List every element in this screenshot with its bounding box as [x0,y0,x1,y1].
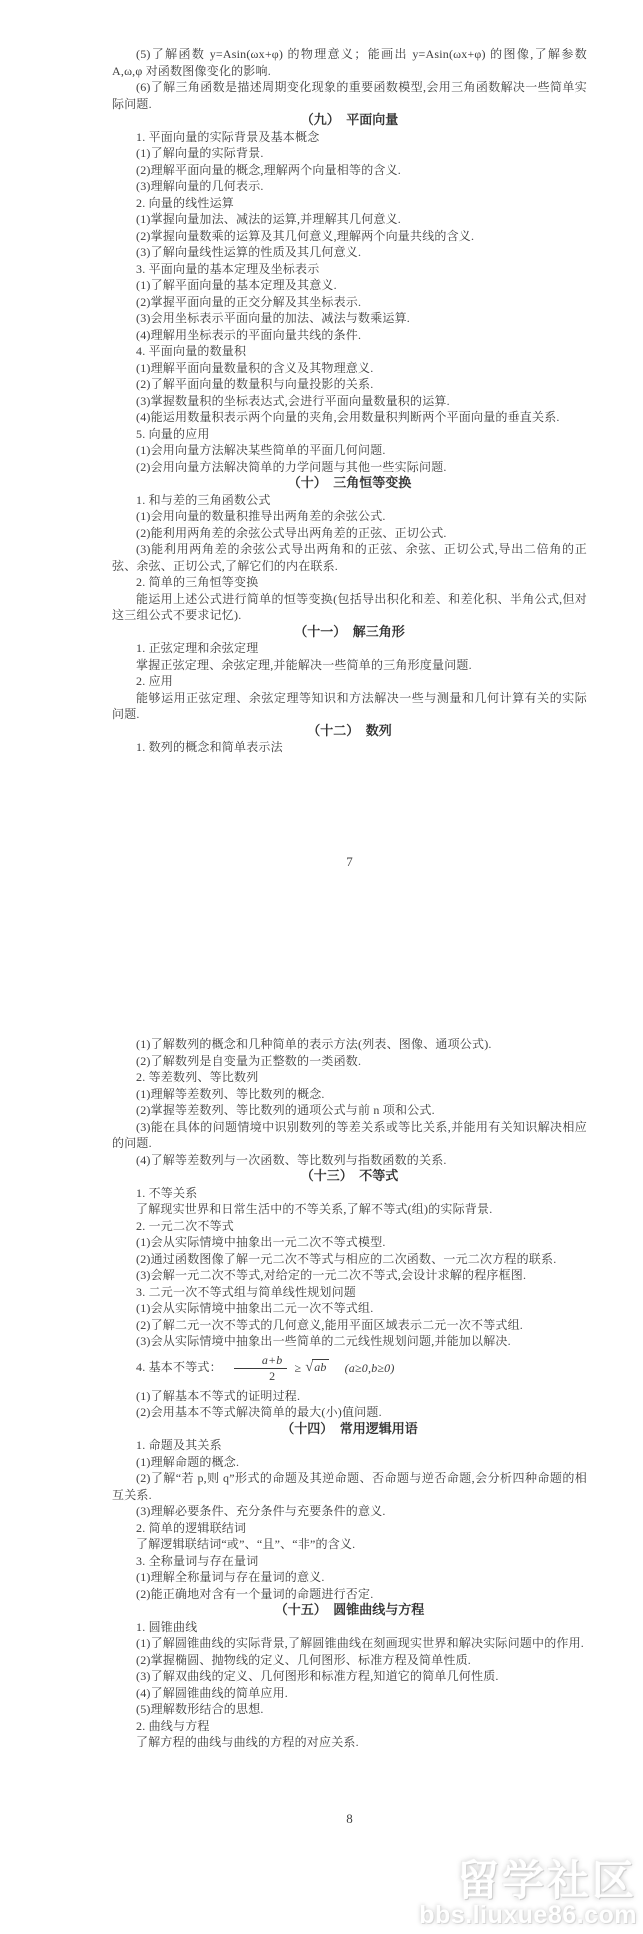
fraction-denominator: 2 [234,1368,287,1383]
paragraph: (4)了解等差数列与一次函数、等比数列与指数函数的关系. [112,1152,587,1169]
document-page-7: (5)了解函数 y=Asin(ωx+φ) 的物理意义；能画出 y=Asin(ωx… [0,0,643,870]
paragraph: (3)理解必要条件、充分条件与充要条件的意义. [112,1503,587,1520]
radicand: ab [312,1359,328,1374]
paragraph: 2. 曲线与方程 [112,1718,587,1735]
paragraph: (2)了解二元一次不等式的几何意义,能用平面区域表示二元一次不等式组. [112,1317,587,1334]
formula-condition: (a≥0,b≥0) [345,1361,395,1375]
paragraph: (1)会从实际情境中抽象出一元二次不等式模型. [112,1234,587,1251]
paragraph: (6)了解三角函数是描述周期变化现象的重要函数模型,会用三角函数解决一些简单实际… [112,79,587,112]
paragraph: 了解现实世界和日常生活中的不等关系,了解不等式(组)的实际背景. [112,1201,587,1218]
paragraph: (1)理解命题的概念. [112,1454,587,1471]
paragraph: (3)理解向量的几何表示. [112,178,587,195]
paragraph: (2)掌握椭圆、抛物线的定义、几何图形、标准方程及简单性质. [112,1652,587,1669]
basic-inequality-formula: 4. 基本不等式：a+b2≥√ab(a≥0,b≥0) [112,1350,587,1388]
page-number: 7 [112,854,587,871]
formula-prefix: 4. 基本不等式： [136,1360,222,1374]
paragraph: (2)掌握等差数列、等比数列的通项公式与前 n 项和公式. [112,1102,587,1119]
paragraph: (2)理解平面向量的概念,理解两个向量相等的含义. [112,162,587,179]
paragraph: 2. 简单的逻辑联结词 [112,1520,587,1537]
page-number: 8 [112,1811,587,1828]
paragraph: (2)通过函数图像了解一元二次不等式与相应的二次函数、一元二次方程的联系. [112,1251,587,1268]
paragraph: 能够运用正弦定理、余弦定理等知识和方法解决一些与测量和几何计算有关的实际问题. [112,690,587,723]
paragraph: (1)会用向量方法解决某些简单的平面几何问题. [112,442,587,459]
paragraph: (3)掌握数量积的坐标表达式,会进行平面向量数量积的运算. [112,393,587,410]
paragraph: (5)理解数形结合的思想. [112,1701,587,1718]
paragraph: (3)会从实际情境中抽象出一些简单的二元线性规划问题,并能加以解决. [112,1333,587,1350]
paragraph: (2)掌握平面向量的正交分解及其坐标表示. [112,294,587,311]
section-heading: （九） 平面向量 [112,112,587,129]
document-page-8: (1)了解数列的概念和几种简单的表示方法(列表、图像、通项公式).(2)了解数列… [0,1036,643,1827]
paragraph: (2)能正确地对含有一个量词的命题进行否定. [112,1586,587,1603]
paragraph: (4)了解圆锥曲线的简单应用. [112,1685,587,1702]
paragraph: 1. 数列的概念和简单表示法 [112,739,587,756]
paragraph: (1)了解基本不等式的证明过程. [112,1388,587,1405]
paragraph: 5. 向量的应用 [112,426,587,443]
paragraph: 2. 向量的线性运算 [112,195,587,212]
fraction-numerator: a+b [234,1354,287,1368]
paragraph: (3)了解双曲线的定义、几何图形和标准方程,知道它的简单几何性质. [112,1668,587,1685]
section-heading: （十四） 常用逻辑用语 [112,1421,587,1438]
paragraph: (1)理解等差数列、等比数列的概念. [112,1086,587,1103]
paragraph: 3. 二元一次不等式组与简单线性规划问题 [112,1284,587,1301]
fraction: a+b2 [234,1354,287,1383]
paragraph: 1. 命题及其关系 [112,1437,587,1454]
section-heading: （十三） 不等式 [112,1168,587,1185]
paragraph: (2)了解“若 p,则 q”形式的命题及其逆命题、否命题与逆否命题,会分析四种命… [112,1470,587,1503]
paragraph: 2. 应用 [112,673,587,690]
paragraph: (3)会用坐标表示平面向量的加法、减法与数乘运算. [112,310,587,327]
paragraph: 1. 平面向量的实际背景及基本概念 [112,129,587,146]
watermark: 留学社区 bbs.liuxue86.com [419,1860,637,1928]
paragraph: 2. 简单的三角恒等变换 [112,574,587,591]
paragraph: 1. 正弦定理和余弦定理 [112,640,587,657]
paragraph: 3. 全称量词与存在量词 [112,1553,587,1570]
paragraph: (1)会从实际情境中抽象出二元一次不等式组. [112,1300,587,1317]
paragraph: (4)理解用坐标表示的平面向量共线的条件. [112,327,587,344]
watermark-site-name: 留学社区 [419,1860,637,1902]
paragraph: (1)了解平面向量的基本定理及其意义. [112,277,587,294]
paragraph: 2. 等差数列、等比数列 [112,1069,587,1086]
paragraph: 1. 和与差的三角函数公式 [112,492,587,509]
paragraph: (5)了解函数 y=Asin(ωx+φ) 的物理意义；能画出 y=Asin(ωx… [112,46,587,79]
paragraph: (1)理解平面向量数量积的含义及其物理意义. [112,360,587,377]
paragraph: (2)会用基本不等式解决简单的最大(小)值问题. [112,1404,587,1421]
paragraph: (2)了解数列是自变量为正整数的一类函数. [112,1053,587,1070]
paragraph: (1)了解数列的概念和几种简单的表示方法(列表、图像、通项公式). [112,1036,587,1053]
sqrt-expression: √ab [305,1360,328,1374]
paragraph: (1)了解向量的实际背景. [112,145,587,162]
paragraph: (2)掌握向量数乘的运算及其几何意义,理解两个向量共线的含义. [112,228,587,245]
paragraph: (2)了解平面向量的数量积与向量投影的关系. [112,376,587,393]
paragraph: 掌握正弦定理、余弦定理,并能解决一些简单的三角形度量问题. [112,657,587,674]
paragraph: 1. 不等关系 [112,1185,587,1202]
paragraph: (1)了解圆锥曲线的实际背景,了解圆锥曲线在刻画现实世界和解决实际问题中的作用. [112,1635,587,1652]
paragraph: (2)会用向量方法解决简单的力学问题与其他一些实际问题. [112,459,587,476]
section-heading: （十二） 数列 [112,723,587,740]
paragraph: (4)能运用数量积表示两个向量的夹角,会用数量积判断两个平面向量的垂直关系. [112,409,587,426]
document-scan: (5)了解函数 y=Asin(ωx+φ) 的物理意义；能画出 y=Asin(ωx… [0,0,643,1827]
paragraph: (3)能在具体的问题情境中识别数列的等差关系或等比关系,并能用有关知识解决相应的… [112,1119,587,1152]
paragraph: 2. 一元二次不等式 [112,1218,587,1235]
paragraph: (1)掌握向量加法、减法的运算,并理解其几何意义. [112,211,587,228]
geq-symbol: ≥ [295,1361,302,1375]
section-heading: （十一） 解三角形 [112,624,587,641]
paragraph: 了解逻辑联结词“或”、“且”、“非”的含义. [112,1536,587,1553]
paragraph: (2)能利用两角差的余弦公式导出两角差的正弦、正切公式. [112,525,587,542]
section-heading: （十五） 圆锥曲线与方程 [112,1602,587,1619]
section-heading: （十） 三角恒等变换 [112,475,587,492]
paragraph: 能运用上述公式进行简单的恒等变换(包括导出积化和差、和差化积、半角公式,但对这三… [112,591,587,624]
paragraph: 1. 圆锥曲线 [112,1619,587,1636]
paragraph: (3)会解一元二次不等式,对给定的一元二次不等式,会设计求解的程序框图. [112,1267,587,1284]
paragraph: 4. 平面向量的数量积 [112,343,587,360]
paragraph: (3)能利用两角差的余弦公式导出两角和的正弦、余弦、正切公式,导出二倍角的正弦、… [112,541,587,574]
watermark-site-url: bbs.liuxue86.com [419,1903,637,1928]
paragraph: 了解方程的曲线与曲线的方程的对应关系. [112,1734,587,1751]
paragraph: (1)理解全称量词与存在量词的意义. [112,1569,587,1586]
paragraph: 3. 平面向量的基本定理及坐标表示 [112,261,587,278]
paragraph: (3)了解向量线性运算的性质及其几何意义. [112,244,587,261]
paragraph: (1)会用向量的数量积推导出两角差的余弦公式. [112,508,587,525]
